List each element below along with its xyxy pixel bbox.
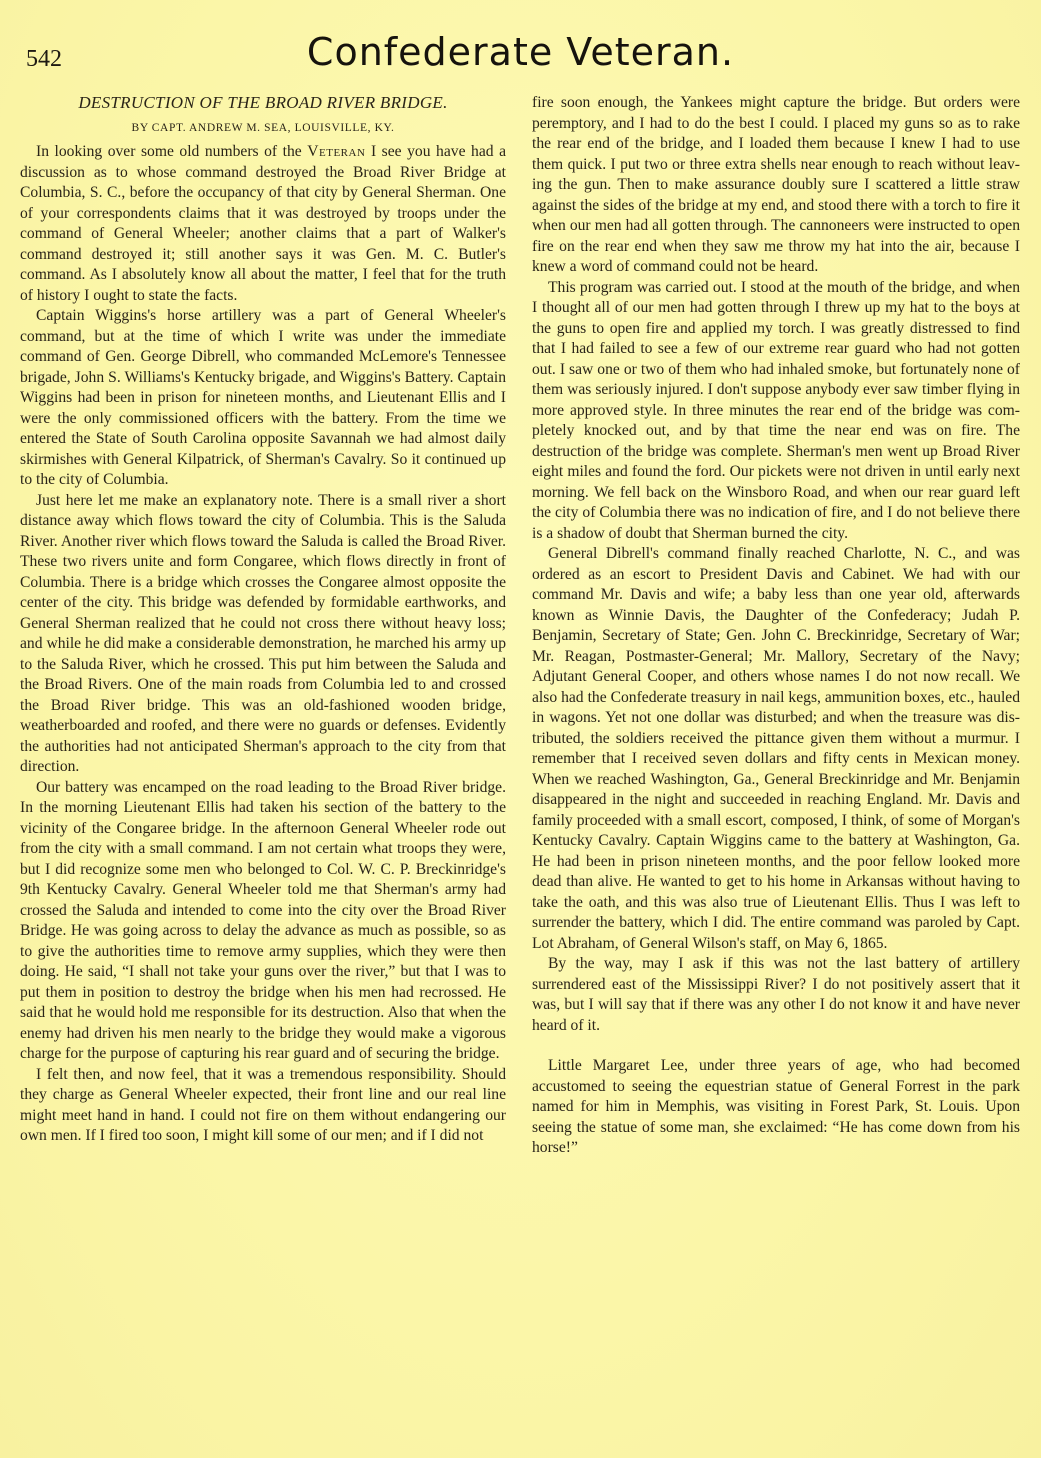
- paragraph-4: Our battery was encamped on the road lea…: [20, 778, 506, 1065]
- article-title: DESTRUCTION OF THE BROAD RIVER BRIDGE.: [20, 93, 506, 114]
- right-column: fire soon enough, the Yankees might capt…: [532, 93, 1020, 1159]
- section-spacer: [532, 1036, 1020, 1056]
- anecdote-paragraph: Little Margaret Lee, under three years o…: [532, 1056, 1020, 1159]
- left-column: DESTRUCTION OF THE BROAD RIVER BRIDGE. B…: [20, 93, 506, 1147]
- masthead-title: Confederate Veteran.: [0, 30, 1041, 74]
- paragraph-7: General Dibrell's command finally reache…: [532, 544, 1020, 954]
- paragraph-3: Just here let me make an explanatory not…: [20, 491, 506, 778]
- paragraph-5-continued: fire soon enough, the Yankees might capt…: [532, 93, 1020, 278]
- paragraph-8: By the way, may I ask if this was not th…: [532, 954, 1020, 1036]
- paragraph-1: In looking over some old numbers of the …: [20, 142, 506, 306]
- paragraph-1-start: In looking over some old numbers of the: [36, 143, 307, 160]
- paragraph-2: Captain Wiggins's horse artillery was a …: [20, 306, 506, 491]
- veteran-smallcaps: Veteran: [307, 143, 365, 160]
- article-byline: BY CAPT. ANDREW M. SEA, LOUISVILLE, KY.: [20, 118, 506, 139]
- paragraph-5-start: I felt then, and now feel, that it was a…: [20, 1065, 506, 1147]
- paragraph-1-rest: I see you have had a discussion as to wh…: [20, 143, 506, 304]
- paragraph-6: This program was carried out. I stood at…: [532, 278, 1020, 545]
